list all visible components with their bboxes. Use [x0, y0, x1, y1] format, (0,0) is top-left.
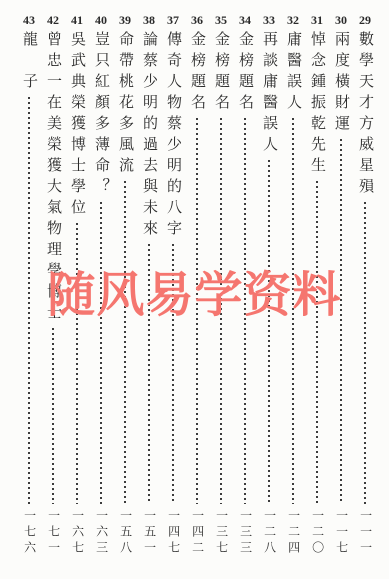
entry-title: 悼念鍾振乾先生 [305, 31, 329, 178]
entry-page-number: 一五一 [142, 509, 155, 557]
dotted-leader [196, 118, 198, 504]
entry-title: 命帶桃花多風流 [113, 31, 137, 178]
dotted-leader [52, 328, 54, 504]
entry-page-number: 一四七 [166, 509, 179, 557]
entry-page-number: 一二四 [286, 509, 299, 557]
entry-page-number: 一五八 [118, 509, 131, 557]
toc-entry: 43龍 子一七六 [17, 14, 41, 557]
entry-number: 36 [191, 14, 203, 26]
toc-entry: 42曾忠一在美榮獲大氣物理學博士一七一 [41, 14, 65, 557]
dotted-leader [244, 118, 246, 504]
entry-title: 傳奇人物蔡少明的八字 [161, 31, 185, 241]
toc-entry: 30兩度橫財運一一七 [329, 14, 353, 557]
entry-number: 40 [95, 14, 107, 26]
toc-entry: 38論蔡少明的過去與未來一五一 [137, 14, 161, 557]
toc-entry: 40豈只紅顏多薄命？一六三 [89, 14, 113, 557]
entry-title: 庸醫誤人 [281, 31, 305, 115]
entry-page-number: 一四二 [190, 509, 203, 557]
toc-entry: 29數學天才方威星殞一一一 [353, 14, 377, 557]
entry-title: 龍 子 [17, 31, 41, 94]
entry-title: 金榜題名 [233, 31, 257, 115]
entry-number: 37 [167, 14, 179, 26]
entry-number: 30 [335, 14, 347, 26]
entry-number: 41 [71, 14, 83, 26]
dotted-leader [76, 223, 78, 504]
dotted-leader [220, 118, 222, 504]
entry-title: 吳武典榮獲博士學位 [65, 31, 89, 220]
dotted-leader [316, 181, 318, 504]
entry-page-number: 一七六 [22, 509, 35, 557]
entry-number: 31 [311, 14, 323, 26]
entry-number: 35 [215, 14, 227, 26]
toc-entry: 35金榜題名一三七 [209, 14, 233, 557]
toc-list: 29數學天才方威星殞一一一30兩度橫財運一一七31悼念鍾振乾先生一二〇32庸醫誤… [26, 14, 377, 557]
entry-title: 金榜題名 [209, 31, 233, 115]
entry-page-number: 一六七 [70, 509, 83, 557]
toc-entry: 34金榜題名一三三 [233, 14, 257, 557]
entry-page-number: 一七一 [46, 509, 59, 557]
entry-page-number: 一一七 [334, 509, 347, 557]
toc-entry: 33再談庸醫誤人一二八 [257, 14, 281, 557]
dotted-leader [28, 97, 30, 504]
entry-title: 數學天才方威星殞 [353, 31, 377, 199]
toc-entry: 39命帶桃花多風流一五八 [113, 14, 137, 557]
entry-title: 論蔡少明的過去與未來 [137, 31, 161, 241]
entry-page-number: 一二八 [262, 509, 275, 557]
entry-number: 33 [263, 14, 275, 26]
toc-entry: 32庸醫誤人一二四 [281, 14, 305, 557]
dotted-leader [100, 202, 102, 504]
toc-entry: 37傳奇人物蔡少明的八字一四七 [161, 14, 185, 557]
entry-number: 34 [239, 14, 251, 26]
entry-number: 29 [359, 14, 371, 26]
entry-number: 42 [47, 14, 59, 26]
entry-number: 32 [287, 14, 299, 26]
entry-title: 豈只紅顏多薄命？ [89, 31, 113, 199]
entry-page-number: 一一一 [358, 509, 371, 557]
entry-title: 金榜題名 [185, 31, 209, 115]
entry-number: 38 [143, 14, 155, 26]
dotted-leader [268, 160, 270, 504]
dotted-leader [364, 202, 366, 504]
entry-title: 曾忠一在美榮獲大氣物理學博士 [41, 31, 65, 325]
toc-entry: 41吳武典榮獲博士學位一六七 [65, 14, 89, 557]
entry-page-number: 一二〇 [310, 509, 323, 557]
toc-entry: 36金榜題名一四二 [185, 14, 209, 557]
entry-title: 兩度橫財運 [329, 31, 353, 136]
dotted-leader [292, 118, 294, 504]
entry-page-number: 一六三 [94, 509, 107, 557]
entry-page-number: 一三七 [214, 509, 227, 557]
entry-number: 43 [23, 14, 35, 26]
book-page: 29數學天才方威星殞一一一30兩度橫財運一一七31悼念鍾振乾先生一二〇32庸醫誤… [0, 0, 389, 579]
entry-number: 39 [119, 14, 131, 26]
toc-entry: 31悼念鍾振乾先生一二〇 [305, 14, 329, 557]
dotted-leader [340, 139, 342, 504]
dotted-leader [148, 244, 150, 504]
dotted-leader [172, 244, 174, 504]
entry-title: 再談庸醫誤人 [257, 31, 281, 157]
entry-page-number: 一三三 [238, 509, 251, 557]
dotted-leader [124, 181, 126, 504]
